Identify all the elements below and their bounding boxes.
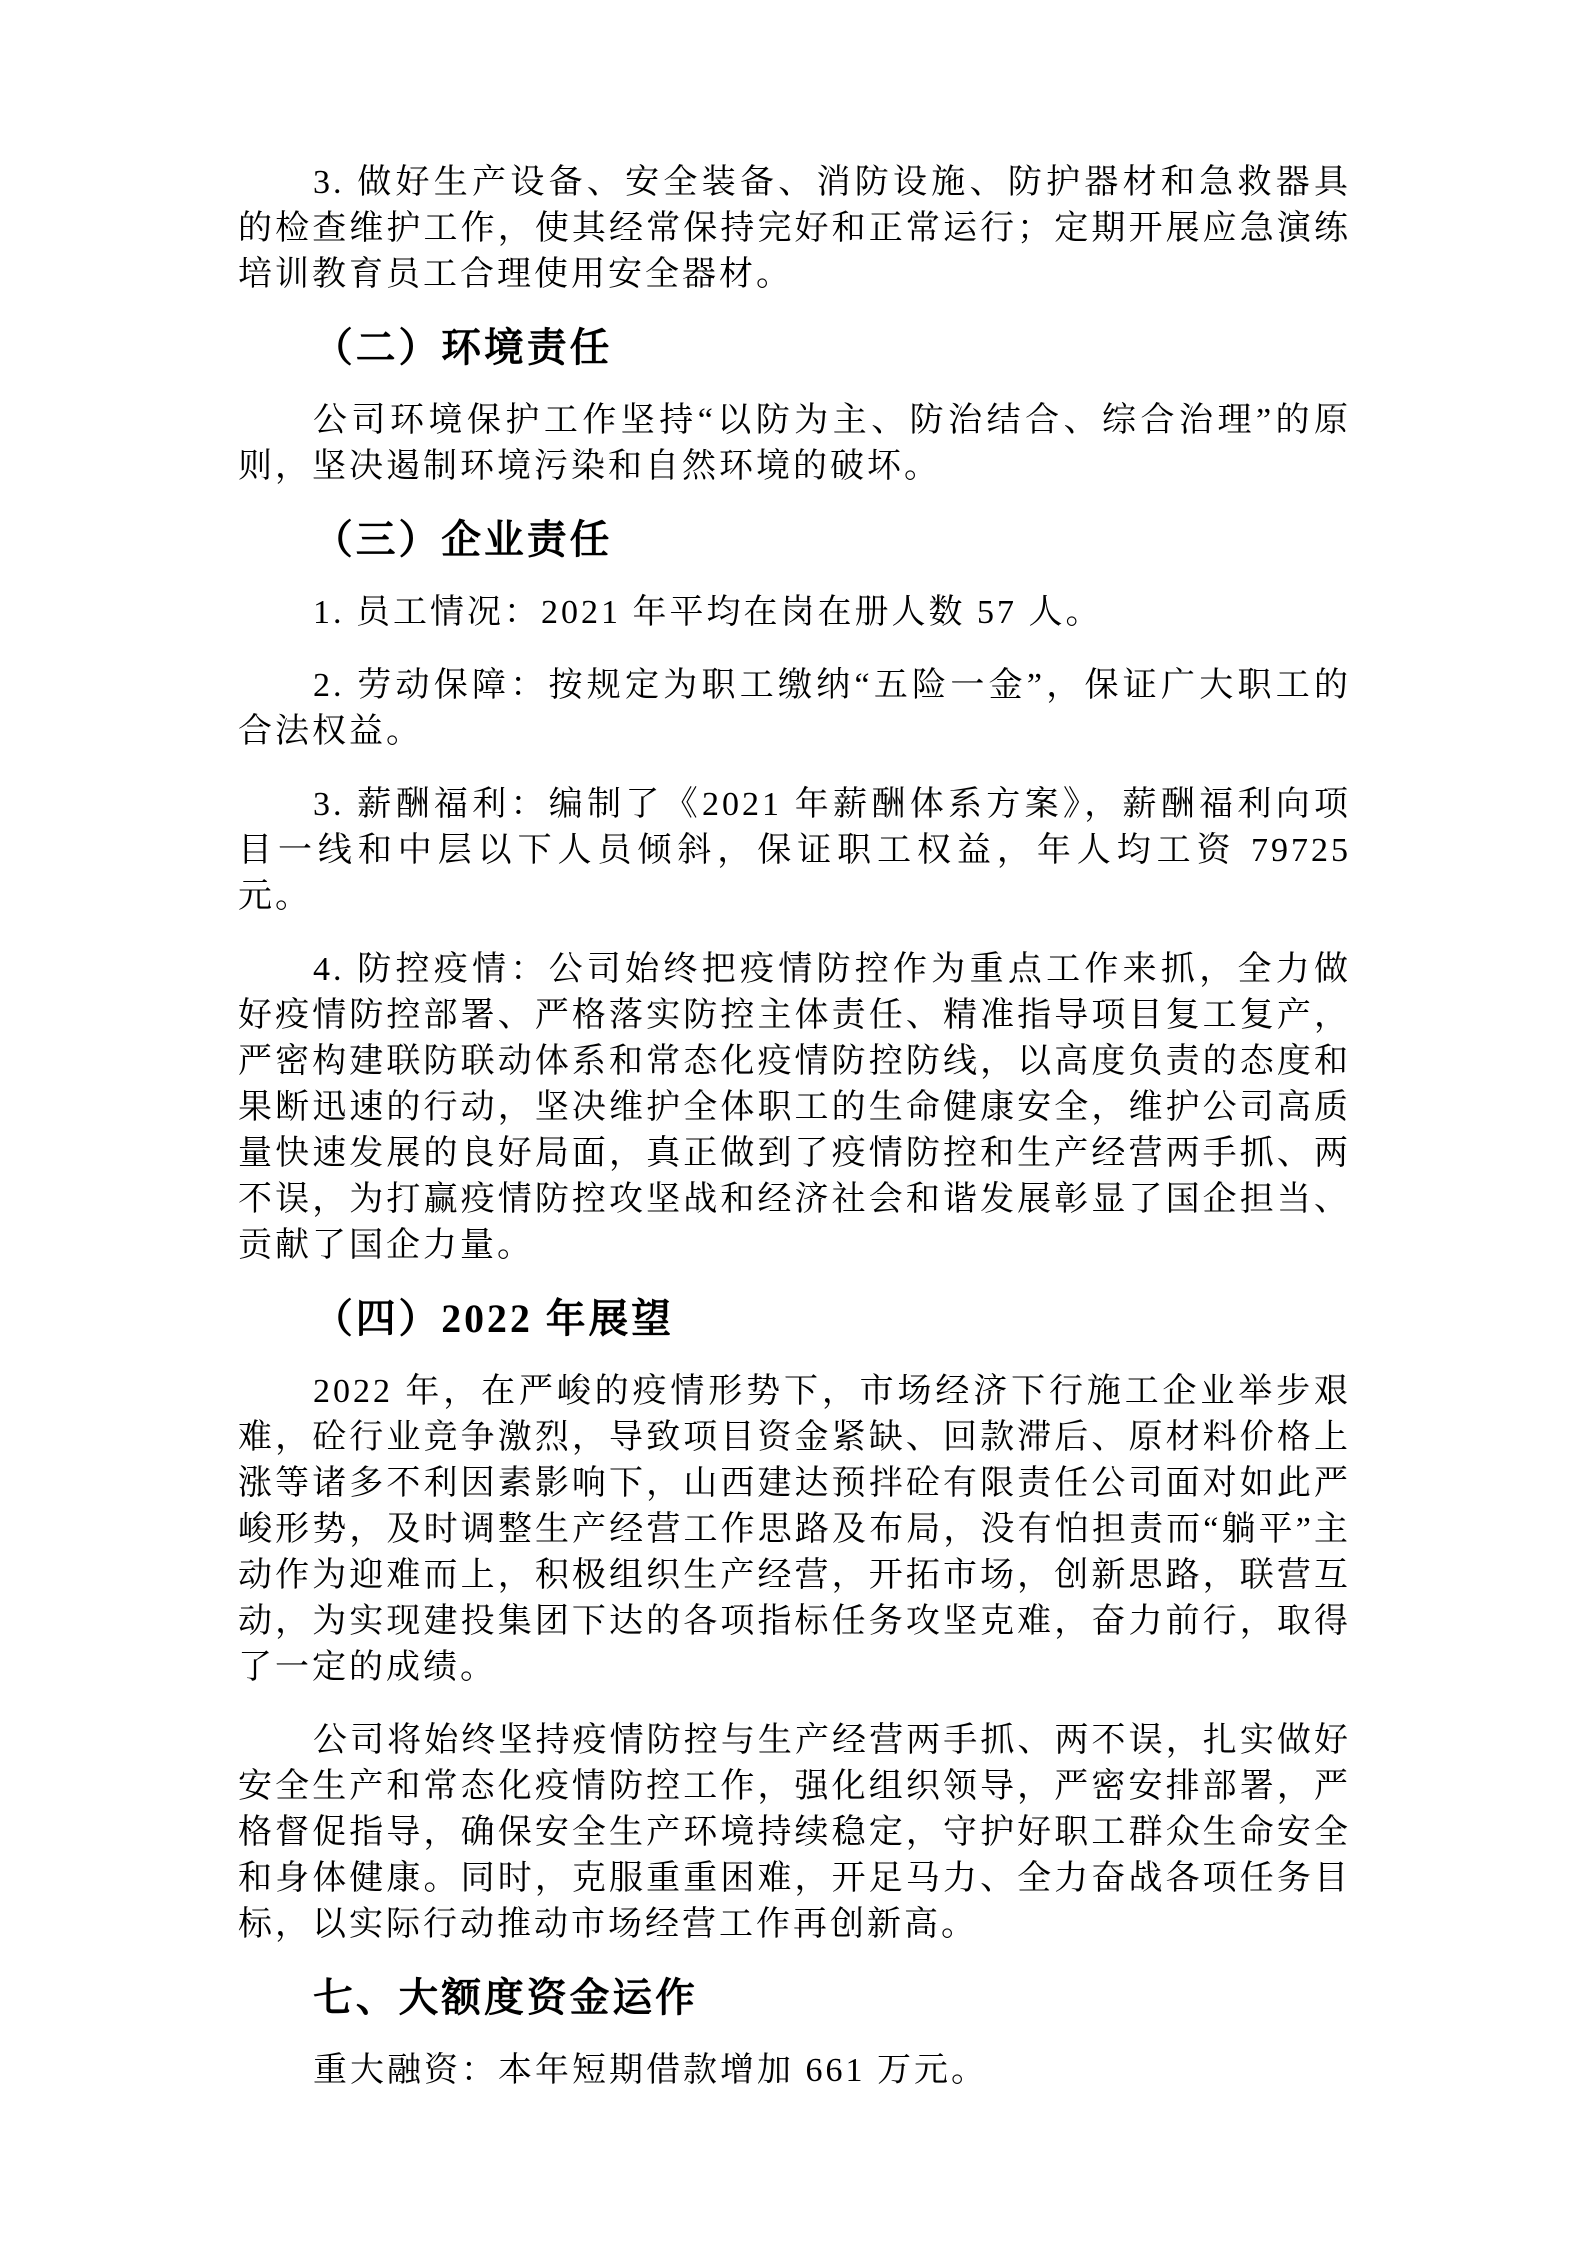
paragraph-2022-market-situation: 2022 年，在严峻的疫情形势下，市场经济下行施工企业举步艰难，砼行业竞争激烈，… bbox=[238, 1369, 1351, 1691]
heading-corporate-responsibility: （三）企业责任 bbox=[238, 517, 1351, 563]
paragraph-employee-situation: 1. 员工情况：2021 年平均在岗在册人数 57 人。 bbox=[238, 590, 1351, 636]
paragraph-pandemic-prevention: 4. 防控疫情：公司始终把疫情防控作为重点工作来抓，全力做好疫情防控部署、严格落… bbox=[238, 947, 1351, 1269]
paragraph-environmental-protection: 公司环境保护工作坚持“以防为主、防治结合、综合治理”的原则，坚决遏制环境污染和自… bbox=[238, 398, 1351, 490]
document-page: 3. 做好生产设备、安全装备、消防设施、防护器材和急救器具的检查维护工作，使其经… bbox=[0, 0, 1587, 2245]
heading-2022-outlook: （四）2022 年展望 bbox=[238, 1296, 1351, 1342]
paragraph-labor-security: 2. 劳动保障：按规定为职工缴纳“五险一金”，保证广大职工的合法权益。 bbox=[238, 663, 1351, 755]
paragraph-major-financing: 重大融资：本年短期借款增加 661 万元。 bbox=[238, 2048, 1351, 2094]
heading-environmental-responsibility: （二）环境责任 bbox=[238, 325, 1351, 371]
paragraph-company-commitment: 公司将始终坚持疫情防控与生产经营两手抓、两不误，扎实做好安全生产和常态化疫情防控… bbox=[238, 1718, 1351, 1948]
heading-large-fund-operation: 七、大额度资金运作 bbox=[238, 1975, 1351, 2021]
paragraph-salary-welfare: 3. 薪酬福利：编制了《2021 年薪酬体系方案》，薪酬福利向项目一线和中层以下… bbox=[238, 782, 1351, 920]
paragraph-equipment-maintenance: 3. 做好生产设备、安全装备、消防设施、防护器材和急救器具的检查维护工作，使其经… bbox=[238, 160, 1351, 298]
